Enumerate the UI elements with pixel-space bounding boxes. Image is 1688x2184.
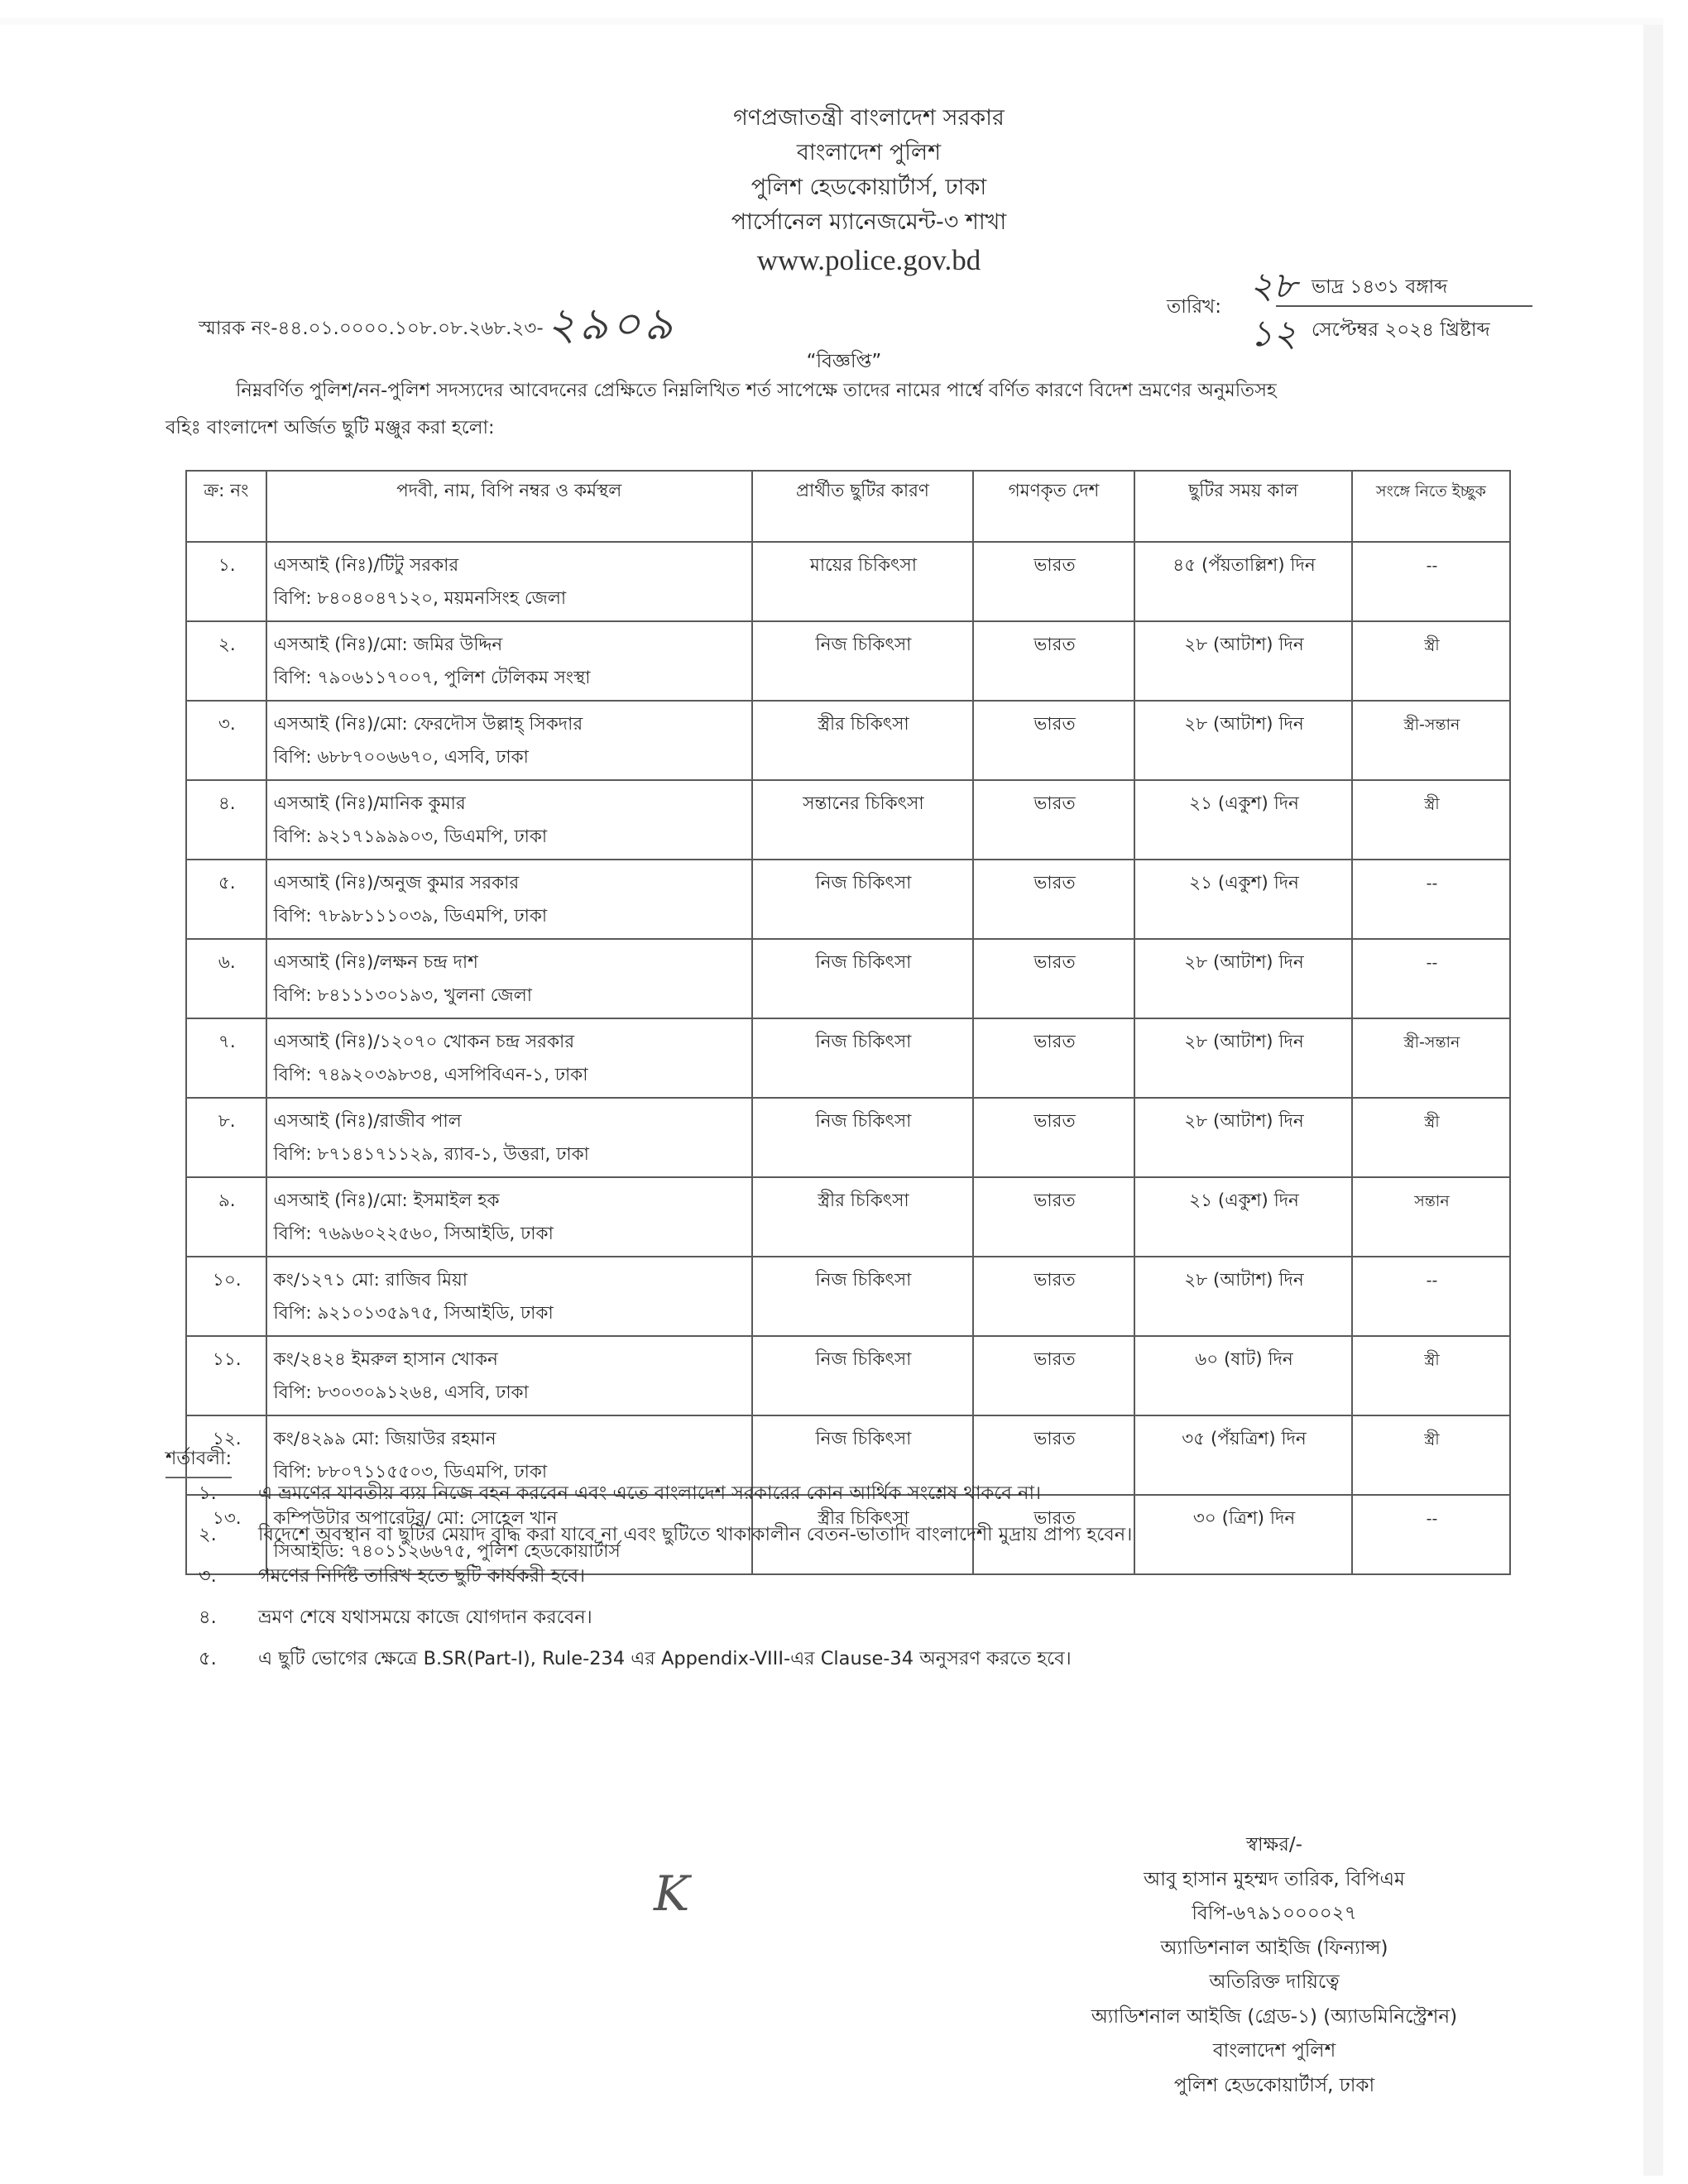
cell-reason: নিজ চিকিৎসা [752,1018,973,1098]
header-country: গমণকৃত দেশ [973,471,1134,542]
cell-reason: নিজ চিকিৎসা [752,1098,973,1177]
cell-name: এসআই (নিঃ)/রাজীব পালবিপি: ৮৭১৪১৭১১২৯, র‍… [266,1098,752,1177]
cell-name: এসআই (নিঃ)/মো: জমির উদ্দিনবিপি: ৭৯০৬১১৭০… [266,621,752,701]
member-name: এসআই (নিঃ)/অনুজ কুমার সরকার [274,867,746,900]
cell-duration: ২৮ (আটাশ) দিন [1134,1018,1352,1098]
header-reason: প্রার্থীত ছুটির কারণ [752,471,973,542]
cell-sl: ৩. [186,701,266,780]
cell-duration: ২১ (একুশ) দিন [1134,780,1352,860]
cell-sl: ২. [186,621,266,701]
cell-country: ভারত [973,1336,1134,1415]
condition-number: ৩. [199,1555,258,1597]
signatory-bp: বিপি-৬৭৯১০০০০২৭ [1026,1897,1523,1932]
date-divider [1276,305,1532,307]
cell-sl: ১০. [186,1257,266,1336]
condition-number: ৫. [199,1638,258,1679]
condition-text: এ ভ্রমণের যাবতীয় ব্যয় নিজে বহন করবেন এ… [258,1473,1041,1514]
member-name: এসআই (নিঃ)/রাজীব পাল [274,1105,746,1138]
condition-item: ২.বিদেশে অবস্থান বা ছুটির মেয়াদ বৃদ্ধি … [199,1514,1489,1555]
office-name: পুলিশ হেডকোয়ার্টার্স, ঢাকা [496,170,1241,205]
member-bp: বিপি: ৭৮৯৮১১১০৩৯, ডিএমপি, ঢাকা [274,900,746,933]
table-row: ৭.এসআই (নিঃ)/১২০৭০ খোকন চন্দ্র সরকারবিপি… [186,1018,1510,1098]
cell-sl: ৯. [186,1177,266,1257]
member-name: এসআই (নিঃ)/১২০৭০ খোকন চন্দ্র সরকার [274,1026,746,1059]
member-bp: বিপি: ৭৯০৬১১৭০০৭, পুলিশ টেলিকম সংস্থা [274,662,746,695]
memo-label: স্মারক নং-৪৪.০১.০০০০.১০৮.০৮.২৬৮.২৩- [199,318,544,339]
cell-companion: স্ত্রী [1352,780,1510,860]
table-row: ২.এসআই (নিঃ)/মো: জমির উদ্দিনবিপি: ৭৯০৬১১… [186,621,1510,701]
cell-duration: ২৮ (আটাশ) দিন [1134,701,1352,780]
letterhead: গণপ্রজাতন্ত্রী বাংলাদেশ সরকার বাংলাদেশ প… [496,101,1241,281]
signatory-name: আবু হাসান মুহম্মদ তারিক, বিপিএম [1026,1863,1523,1898]
document-page: গণপ্রজাতন্ত্রী বাংলাদেশ সরকার বাংলাদেশ প… [0,0,1688,2184]
handwritten-initial: K [654,1865,689,1922]
signatory-designation: অ্যাডিশনাল আইজি (ফিন্যান্স) [1026,1932,1523,1966]
notice-intro: নিম্নবর্ণিত পুলিশ/নন-পুলিশ সদস্যদের আবেদ… [165,372,1523,447]
member-bp: বিপি: ৮৪১১১৩০১৯৩, খুলনা জেলা [274,979,746,1013]
member-bp: বিপি: ৬৮৮৭০০৬৬৭০, এসবি, ঢাকা [274,741,746,774]
cell-reason: মায়ের চিকিৎসা [752,542,973,621]
cell-companion: স্ত্রী-সন্তান [1352,701,1510,780]
cell-country: ভারত [973,542,1134,621]
cell-duration: ২১ (একুশ) দিন [1134,1177,1352,1257]
cell-companion: -- [1352,1257,1510,1336]
header-duration: ছুটির সময় কাল [1134,471,1352,542]
govt-name: গণপ্রজাতন্ত্রী বাংলাদেশ সরকার [496,101,1241,136]
cell-country: ভারত [973,939,1134,1018]
table-body: ১.এসআই (নিঃ)/টিটু সরকারবিপি: ৮৪০৪০৪৭১২০,… [186,542,1510,1574]
member-bp: বিপি: ৯২১৭১৯৯৯০৩, ডিএমপি, ঢাকা [274,821,746,854]
member-name: কং/৪২৯৯ মো: জিয়াউর রহমান [274,1423,746,1456]
cell-companion: স্ত্রী [1352,1336,1510,1415]
table-header-row: ক্র: নং পদবী, নাম, বিপি নম্বর ও কর্মস্থল… [186,471,1510,542]
cell-country: ভারত [973,1098,1134,1177]
condition-number: ২. [199,1514,258,1555]
member-name: এসআই (নিঃ)/মো: ইসমাইল হক [274,1185,746,1218]
cell-sl: ৫. [186,860,266,939]
member-bp: বিপি: ৮৪০৪০৪৭১২০, ময়মনসিংহ জেলা [274,582,746,615]
member-bp: বিপি: ৮৩০৩০৯১২৬৪, এসবি, ঢাকা [274,1377,746,1410]
cell-country: ভারত [973,780,1134,860]
english-date: সেপ্টেম্বর ২০২৪ খ্রিষ্টাব্দ [1312,314,1490,347]
cell-country: ভারত [973,1177,1134,1257]
header-name: পদবী, নাম, বিপি নম্বর ও কর্মস্থল [266,471,752,542]
cell-country: ভারত [973,701,1134,780]
condition-number: ৪. [199,1597,258,1638]
cell-sl: ৮. [186,1098,266,1177]
date-block: তারিখ: ২৮ ভাদ্র ১৪৩১ বঙ্গাব্দ ১২ সেপ্টেম… [1167,258,1514,357]
table-row: ৮.এসআই (নিঃ)/রাজীব পালবিপি: ৮৭১৪১৭১১২৯, … [186,1098,1510,1177]
conditions-list: ১.এ ভ্রমণের যাবতীয় ব্যয় নিজে বহন করবেন… [199,1473,1489,1679]
table-row: ৪.এসআই (নিঃ)/মানিক কুমারবিপি: ৯২১৭১৯৯৯০৩… [186,780,1510,860]
member-bp: বিপি: ৯২১০১৩৫৯৭৫, সিআইডি, ঢাকা [274,1297,746,1330]
table-row: ৯.এসআই (নিঃ)/মো: ইসমাইল হকবিপি: ৭৬৯৬০২২৫… [186,1177,1510,1257]
member-name: এসআই (নিঃ)/মানিক কুমার [274,788,746,821]
member-bp: বিপি: ৮৭১৪১৭১১২৯, র‍্যাব-১, উত্তরা, ঢাকা [274,1138,746,1171]
cell-duration: ৪৫ (পঁয়তাল্লিশ) দিন [1134,542,1352,621]
signatory-office: পুলিশ হেডকোয়ার্টার্স, ঢাকা [1026,2069,1523,2104]
cell-country: ভারত [973,1018,1134,1098]
cell-sl: ৬. [186,939,266,1018]
cell-companion: সন্তান [1352,1177,1510,1257]
member-name: এসআই (নিঃ)/মো: ফেরদৌস উল্লাহ্ সিকদার [274,708,746,741]
cell-duration: ২৮ (আটাশ) দিন [1134,939,1352,1018]
cell-reason: সন্তানের চিকিৎসা [752,780,973,860]
cell-companion: স্ত্রী [1352,621,1510,701]
cell-duration: ২৮ (আটাশ) দিন [1134,1098,1352,1177]
cell-name: এসআই (নিঃ)/লক্ষন চন্দ্র দাশবিপি: ৮৪১১১৩০… [266,939,752,1018]
cell-reason: স্ত্রীর চিকিৎসা [752,1177,973,1257]
member-name: কং/১২৭১ মো: রাজিব মিয়া [274,1264,746,1297]
cell-reason: নিজ চিকিৎসা [752,939,973,1018]
member-name: এসআই (নিঃ)/লক্ষন চন্দ্র দাশ [274,946,746,979]
bangla-date: ভাদ্র ১৪৩১ বঙ্গাব্দ [1312,271,1447,304]
cell-name: এসআই (নিঃ)/মানিক কুমারবিপি: ৯২১৭১৯৯৯০৩, … [266,780,752,860]
member-name: এসআই (নিঃ)/মো: জমির উদ্দিন [274,629,746,662]
table-row: ৬.এসআই (নিঃ)/লক্ষন চন্দ্র দাশবিপি: ৮৪১১১… [186,939,1510,1018]
cell-reason: নিজ চিকিৎসা [752,1336,973,1415]
branch-name: পার্সোনেল ম্যানেজমেন্ট-৩ শাখা [496,205,1241,240]
cell-sl: ১১. [186,1336,266,1415]
table-row: ১০.কং/১২৭১ মো: রাজিব মিয়াবিপি: ৯২১০১৩৫৯… [186,1257,1510,1336]
cell-name: কং/২৪২৪ ইমরুল হাসান খোকনবিপি: ৮৩০৩০৯১২৬৪… [266,1336,752,1415]
condition-item: ৩.গমণের নির্দিষ্ট তারিখ হতে ছুটি কার্যকর… [199,1555,1489,1597]
intro-line-1: নিম্নবর্ণিত পুলিশ/নন-পুলিশ সদস্যদের আবেদ… [165,372,1523,409]
cell-duration: ২১ (একুশ) দিন [1134,860,1352,939]
cell-companion: স্ত্রী-সন্তান [1352,1018,1510,1098]
member-name: কং/২৪২৪ ইমরুল হাসান খোকন [274,1343,746,1377]
org-name: বাংলাদেশ পুলিশ [496,136,1241,170]
condition-item: ১.এ ভ্রমণের যাবতীয় ব্যয় নিজে বহন করবেন… [199,1473,1489,1514]
website-link[interactable]: www.police.gov.bd [496,240,1241,281]
cell-companion: স্ত্রী [1352,1098,1510,1177]
cell-reason: নিজ চিকিৎসা [752,860,973,939]
cell-country: ভারত [973,860,1134,939]
cell-sl: ৪. [186,780,266,860]
condition-number: ১. [199,1473,258,1514]
cell-name: এসআই (নিঃ)/১২০৭০ খোকন চন্দ্র সরকারবিপি: … [266,1018,752,1098]
cell-companion: -- [1352,542,1510,621]
cell-name: এসআই (নিঃ)/মো: ফেরদৌস উল্লাহ্ সিকদারবিপি… [266,701,752,780]
member-bp: বিপি: ৭৪৯২০৩৯৮৩৪, এসপিবিএন-১, ঢাকা [274,1059,746,1092]
cell-companion: -- [1352,939,1510,1018]
signed-mark: স্বাক্ষর/- [1026,1828,1523,1863]
cell-duration: ২৮ (আটাশ) দিন [1134,1257,1352,1336]
cell-name: কং/১২৭১ মো: রাজিব মিয়াবিপি: ৯২১০১৩৫৯৭৫,… [266,1257,752,1336]
signatory-org: বাংলাদেশ পুলিশ [1026,2034,1523,2069]
cell-reason: স্ত্রীর চিকিৎসা [752,701,973,780]
condition-text: এ ছুটি ভোগের ক্ষেত্রে B.SR(Part-I), Rule… [258,1638,1072,1679]
table-row: ৫.এসআই (নিঃ)/অনুজ কুমার সরকারবিপি: ৭৮৯৮১… [186,860,1510,939]
cell-duration: ৬০ (ষাট) দিন [1134,1336,1352,1415]
header-sl: ক্র: নং [186,471,266,542]
member-bp: বিপি: ৭৬৯৬০২২৫৬০, সিআইডি, ঢাকা [274,1218,746,1251]
table-row: ১১.কং/২৪২৪ ইমরুল হাসান খোকনবিপি: ৮৩০৩০৯১… [186,1336,1510,1415]
cell-reason: নিজ চিকিৎসা [752,1257,973,1336]
member-name: এসআই (নিঃ)/টিটু সরকার [274,549,746,582]
extra-designation: অ্যাডিশনাল আইজি (গ্রেড-১) (অ্যাডমিনিস্ট্… [1026,2000,1523,2035]
table-row: ৩.এসআই (নিঃ)/মো: ফেরদৌস উল্লাহ্ সিকদারবি… [186,701,1510,780]
cell-duration: ২৮ (আটাশ) দিন [1134,621,1352,701]
condition-item: ৫.এ ছুটি ভোগের ক্ষেত্রে B.SR(Part-I), Ru… [199,1638,1489,1679]
memo-handwritten-number: ২৯০৯ [547,298,676,350]
cell-sl: ৭. [186,1018,266,1098]
scan-shadow-top [0,18,1663,25]
cell-name: এসআই (নিঃ)/মো: ইসমাইল হকবিপি: ৭৬৯৬০২২৫৬০… [266,1177,752,1257]
cell-country: ভারত [973,621,1134,701]
condition-text: বিদেশে অবস্থান বা ছুটির মেয়াদ বৃদ্ধি কর… [258,1514,1132,1555]
cell-sl: ১. [186,542,266,621]
condition-text: গমণের নির্দিষ্ট তারিখ হতে ছুটি কার্যকরী … [258,1555,585,1597]
cell-name: এসআই (নিঃ)/টিটু সরকারবিপি: ৮৪০৪০৪৭১২০, ম… [266,542,752,621]
table-row: ১.এসআই (নিঃ)/টিটু সরকারবিপি: ৮৪০৪০৪৭১২০,… [186,542,1510,621]
cell-name: এসআই (নিঃ)/অনুজ কুমার সরকারবিপি: ৭৮৯৮১১১… [266,860,752,939]
date-label: তারিখ: [1167,291,1221,323]
cell-reason: নিজ চিকিৎসা [752,621,973,701]
signature-block: স্বাক্ষর/- আবু হাসান মুহম্মদ তারিক, বিপি… [1026,1828,1523,2103]
condition-text: ভ্রমণ শেষে যথাসময়ে কাজে যোগদান করবেন। [258,1597,592,1638]
cell-country: ভারত [973,1257,1134,1336]
extra-charge-label: অতিরিক্ত দায়িত্বে [1026,1966,1523,2000]
header-companion: সংঙ্গে নিতে ইচ্ছুক [1352,471,1510,542]
condition-item: ৪.ভ্রমণ শেষে যথাসময়ে কাজে যোগদান করবেন। [199,1597,1489,1638]
intro-line-2: বহিঃ বাংলাদেশ অর্জিত ছুটি মঞ্জুর করা হলো… [165,409,1523,447]
cell-companion: -- [1352,860,1510,939]
leave-table: ক্র: নং পদবী, নাম, বিপি নম্বর ও কর্মস্থল… [185,470,1511,1575]
